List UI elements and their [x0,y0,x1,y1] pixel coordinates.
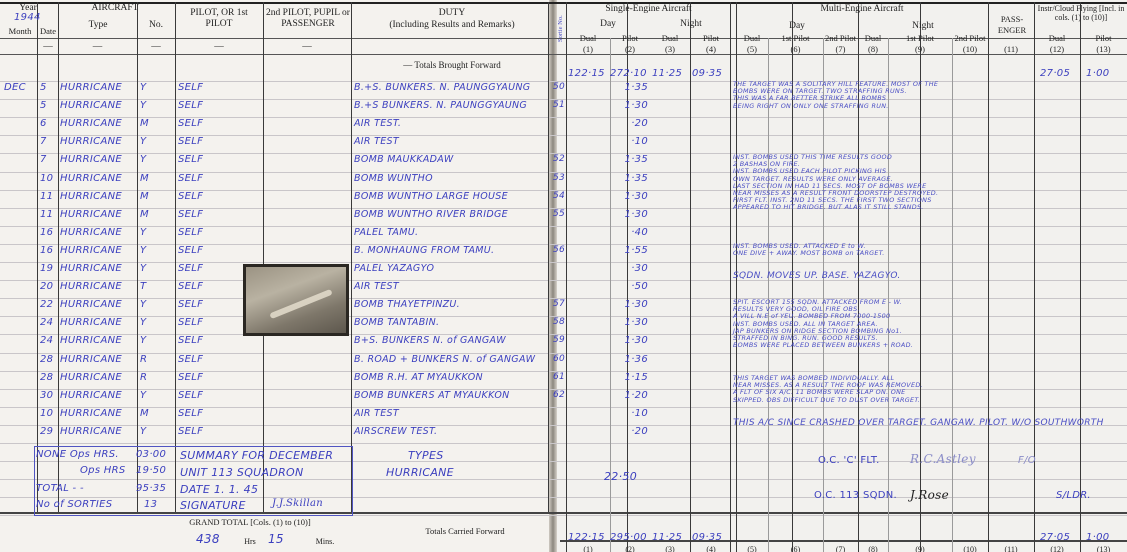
entry-date: 10 [40,173,53,184]
month-label: Month [2,26,38,37]
entry-aircraft-type: HURRICANE [60,426,122,437]
passenger-label: PASS-ENGER [990,14,1034,36]
entry-date: 28 [40,354,53,365]
entry-day-pilot-time: 1·55 [614,245,648,256]
entry-aircraft-no: Y [140,227,146,238]
entry-day-pilot-time: 1·30 [614,317,648,328]
entry-aircraft-no: R [140,372,147,383]
entry-date: 24 [40,335,53,346]
rule-line [0,262,1127,263]
entry-pilot: SELF [178,118,203,129]
entry-pilot: SELF [178,209,203,220]
column-divider [768,38,769,552]
remark-block: THIS A/C SINCE CRASHED OVER TARGET. GANG… [733,417,1104,429]
entry-day-pilot-time: 1·30 [614,209,648,220]
entry-aircraft-no: Y [140,335,146,346]
entry-pilot: SELF [178,100,203,111]
column-divider [175,2,176,512]
entry-duty: B.+S. BUNKERS. N. PAUNGGYAUNG [354,82,530,93]
entry-day-pilot-time: ·20 [614,118,648,129]
summary-date: DATE 1. 1. 45 [180,483,258,496]
summary-sorties-label: No of SORTIES [36,499,112,510]
column-divider [823,38,824,552]
carried-forward-c3: 11·25 [652,532,682,543]
column-number-footer: (13) [1080,544,1127,552]
brought-forward-c4: 09·35 [692,68,722,79]
entry-duty: BOMB R.H. AT MYAUKKON [354,372,483,383]
entry-duty: PALEL TAMU. [354,227,418,238]
month-day-pilot-total: 22·50 [604,470,637,483]
entry-day-pilot-time: ·40 [614,227,648,238]
column-number: (1) [566,44,610,55]
instr-cloud-label: Instr/Cloud Flying [Incl. in cols. (1) t… [1036,4,1126,22]
summary-signature: J.J.Skillan [272,498,323,509]
entry-pilot: SELF [178,317,203,328]
entry-aircraft-type: HURRICANE [60,408,122,419]
entry-day-pilot-time: 1·30 [614,335,648,346]
entry-aircraft-no: Y [140,263,146,274]
entry-date: 7 [40,136,47,147]
entry-aircraft-no: Y [140,82,146,93]
column-number: (6) [768,44,823,55]
entry-date: 6 [40,118,47,129]
carried-forward-c1: 122·15 [568,532,605,543]
entry-day-pilot-time: 1·15 [614,372,648,383]
oc-flight-signature: R.C.Astley [910,452,976,466]
entry-aircraft-no: M [140,118,149,129]
entry-date: 20 [40,281,53,292]
entry-aircraft-type: HURRICANE [60,372,122,383]
column-sublabel: Dual [1034,33,1080,44]
column-divider [548,2,549,512]
entry-aircraft-type: HURRICANE [60,100,122,111]
entry-aircraft-type: HURRICANE [60,154,122,165]
dash-placeholder: — [137,42,175,53]
entry-sortie-no: 55 [553,209,565,219]
types-label: TYPES [408,449,444,462]
column-divider [690,2,691,552]
entry-date: 11 [40,209,53,220]
carried-forward-c4: 09·35 [692,532,722,543]
entry-date: 29 [40,426,53,437]
entry-aircraft-type: HURRICANE [60,299,122,310]
carried-forward-c13: 1·00 [1086,532,1109,543]
entry-aircraft-no: Y [140,245,146,256]
aircraft-label: AIRCRAFT [60,3,170,14]
entry-aircraft-no: M [140,191,149,202]
entry-date: 24 [40,317,53,328]
brought-forward-c13: 1·00 [1086,68,1109,79]
column-divider [1080,2,1081,552]
column-number-footer: (8) [858,544,888,552]
entry-aircraft-type: HURRICANE [60,390,122,401]
remark-line: SQDN. MOVES UP. BASE. YAZAGYO. [733,270,901,282]
remark-block: SQDN. MOVES UP. BASE. YAZAGYO. [733,270,901,282]
column-number-footer: (4) [690,544,732,552]
entry-day-pilot-time: 1·35 [614,82,648,93]
entry-sortie-no: 57 [553,299,565,309]
entry-date: 5 [40,82,47,93]
se-day-label: Day [566,19,650,30]
column-sublabel: Pilot [690,33,732,44]
column-number-footer: (10) [952,544,988,552]
entry-pilot: SELF [178,281,203,292]
oc-sqdn-signature: J.Rose [910,488,949,502]
column-number: (12) [1034,44,1080,55]
summary-line2-label: Ops HRS [80,465,126,476]
entry-duty: BOMB WUNTHO [354,173,433,184]
totals-brought-forward-label: — Totals Brought Forward [352,60,552,71]
column-sublabel: Dual [736,33,768,44]
summary-total-label: TOTAL - - [36,483,84,494]
entry-pilot: SELF [178,191,203,202]
column-number-footer: (6) [768,544,823,552]
column-sublabel: Pilot [1080,33,1127,44]
column-divider [263,2,264,512]
entry-date: 7 [40,154,47,165]
remark-line: THIS A/C SINCE CRASHED OVER TARGET. GANG… [733,417,1104,429]
entry-aircraft-type: HURRICANE [60,118,122,129]
column-number: (13) [1080,44,1127,55]
entry-aircraft-type: HURRICANE [60,281,122,292]
entry-aircraft-type: HURRICANE [60,227,122,238]
column-number: (5) [736,44,768,55]
entry-date: 16 [40,245,53,256]
summary-line2-value: 19·50 [136,465,166,476]
entry-aircraft-type: HURRICANE [60,209,122,220]
entry-aircraft-no: M [140,173,149,184]
rule-line [0,443,1127,444]
entry-duty: B+S. BUNKERS N. of GANGAW [354,335,506,346]
entry-month: DEC [4,82,26,93]
entry-sortie-no: 53 [553,173,565,183]
entry-sortie-no: 59 [553,335,565,345]
column-sublabel: Dual [650,33,690,44]
entry-duty: BOMB TANTABIN. [354,317,439,328]
summary-title: SUMMARY FOR DECEMBER [180,449,333,462]
rule-line [0,280,1127,281]
column-number-footer: (11) [988,544,1034,552]
multi-engine-label: Multi-Engine Aircraft [736,4,988,15]
second-pilot-label: 2nd PILOT, PUPIL or PASSENGER [264,8,352,30]
entry-pilot: SELF [178,82,203,93]
entry-day-pilot-time: ·10 [614,136,648,147]
summary-line1-value: 03·00 [136,449,166,460]
column-sublabel: 2nd Pilot [823,33,858,44]
remark-line: BEING RIGHT ON ONLY ONE STRAFFING RUN. [733,103,938,110]
entry-day-pilot-time: ·50 [614,281,648,292]
column-sublabel: 1st Pilot [768,33,823,44]
entry-aircraft-type: HURRICANE [60,82,122,93]
entry-day-pilot-time: 1·30 [614,299,648,310]
entry-pilot: SELF [178,263,203,274]
entry-aircraft-type: HURRICANE [60,335,122,346]
entry-sortie-no: 50 [553,82,565,92]
entry-aircraft-type: HURRICANE [60,136,122,147]
carried-forward-c2: 295·00 [610,532,647,543]
column-number: (10) [952,44,988,55]
entry-pilot: SELF [178,154,203,165]
entry-aircraft-no: Y [140,100,146,111]
entry-aircraft-no: M [140,408,149,419]
entry-date: 10 [40,408,53,419]
entry-aircraft-type: HURRICANE [60,263,122,274]
entry-sortie-no: 62 [553,390,565,400]
entry-date: 16 [40,227,53,238]
entry-day-pilot-time: 1·35 [614,154,648,165]
me-night-label: Night [858,21,988,32]
entry-day-pilot-time: 1·36 [614,354,648,365]
dash-placeholder: — [58,42,137,53]
oc-flight-rank: F/O [1018,455,1036,466]
brought-forward-c3: 11·25 [652,68,682,79]
date-label: Date [38,26,58,37]
column-divider [566,2,567,552]
remark-block: THIS TARGET WAS BOMBED INDIVIDUALLY. ALL… [733,375,923,404]
carried-forward-c12: 27·05 [1040,532,1070,543]
entry-pilot: SELF [178,245,203,256]
aerial-photograph [243,264,349,336]
column-number: (3) [650,44,690,55]
summary-sorties-value: 13 [144,499,157,510]
entry-date: 11 [40,191,53,202]
rule-line [0,117,1127,118]
type-label: Type [58,20,138,31]
column-number-footer: (7) [823,544,858,552]
grand-total-label: GRAND TOTAL [Cols. (1) to (10)] [150,517,350,528]
entry-day-pilot-time: 1·20 [614,390,648,401]
entry-aircraft-no: T [140,281,146,292]
types-value: HURRICANE [386,466,454,479]
remark-block: INST. BOMBS USED THIS TIME RESULTS GOOD2… [733,154,938,212]
oc-sqdn-rank: S/LDR. [1056,490,1091,501]
entry-sortie-no: 56 [553,245,565,255]
entry-aircraft-no: Y [140,154,146,165]
column-number-footer: (3) [650,544,690,552]
remark-block: SPIT. ESCORT 155 SQDN. ATTACKED FROM E -… [733,299,913,349]
totals-carried-forward-label: Totals Carried Forward [385,526,545,537]
brought-forward-c2: 272·10 [610,68,647,79]
entry-duty: BOMB WUNTHO RIVER BRIDGE [354,209,508,220]
entry-duty: AIR TEST. [354,118,401,129]
entry-sortie-no: 61 [553,372,565,382]
column-sublabel: 2nd Pilot [952,33,988,44]
entry-day-pilot-time: 1·30 [614,191,648,202]
entry-pilot: SELF [178,408,203,419]
me-day-label: Day [736,21,858,32]
entry-sortie-no: 52 [553,154,565,164]
entry-aircraft-type: HURRICANE [60,317,122,328]
column-number-footer: (5) [736,544,768,552]
column-divider [888,38,889,552]
brought-forward-c12: 27·05 [1040,68,1070,79]
rule-line [0,226,1127,227]
summary-line1-label: NONE Ops HRS. [36,449,119,460]
duty-sublabel: (Including Results and Remarks) [352,20,552,31]
dash-placeholder: — [38,42,58,53]
entry-day-pilot-time: 1·35 [614,173,648,184]
column-number-footer: (12) [1034,544,1080,552]
column-number-footer: (1) [566,544,610,552]
remark-line: BOMBS WERE PLACED BETWEEN BUNKERS + ROAD… [733,342,913,349]
entry-aircraft-no: Y [140,317,146,328]
entry-aircraft-type: HURRICANE [60,245,122,256]
remark-line: SKIPPED. OBS DIFFICULT DUE TO DUST OVER … [733,397,923,404]
entry-pilot: SELF [178,173,203,184]
entry-duty: B.+S BUNKERS. N. PAUNGGYAUNG [354,100,527,111]
column-number: (8) [858,44,888,55]
entry-day-pilot-time: 1·30 [614,100,648,111]
entry-aircraft-type: HURRICANE [60,191,122,202]
entry-aircraft-no: Y [140,390,146,401]
column-divider [58,2,59,512]
entry-day-pilot-time: ·30 [614,263,648,274]
entry-aircraft-type: HURRICANE [60,354,122,365]
entry-day-pilot-time: ·20 [614,426,648,437]
entry-aircraft-no: Y [140,136,146,147]
entry-date: 30 [40,390,53,401]
entry-aircraft-type: HURRICANE [60,173,122,184]
sortie-no-label: Sortie No. [555,4,565,54]
no-label: No. [138,20,174,31]
entry-sortie-no: 60 [553,354,565,364]
brought-forward-c1: 122·15 [568,68,605,79]
rule-line [0,407,1127,408]
entry-sortie-no: 54 [553,191,565,201]
entry-duty: B. MONHAUNG FROM TAMU. [354,245,494,256]
column-sublabel: Dual [858,33,888,44]
entry-aircraft-no: Y [140,299,146,310]
column-number: (2) [610,44,650,55]
entry-date: 28 [40,372,53,383]
mins-label: Mins. [310,536,340,547]
remark-block: INST. BOMBS USED. ATTACKED E to W.ONE DI… [733,243,885,257]
entry-duty: B. ROAD + BUNKERS N. of GANGAW [354,354,535,365]
summary-total-value: 95·35 [136,483,166,494]
summary-signature-label: SIGNATURE [180,499,246,512]
entry-aircraft-no: M [140,209,149,220]
entry-duty: BOMB THAYETPINZU. [354,299,460,310]
single-engine-label: Single-Engine Aircraft [566,4,731,15]
column-number: (7) [823,44,858,55]
entry-duty: BOMB MAUKKADAW [354,154,454,165]
column-number: (9) [888,44,952,55]
column-divider [952,38,953,552]
dash-placeholder: — [175,42,263,53]
entry-pilot: SELF [178,299,203,310]
entry-duty: AIR TEST [354,408,399,419]
column-divider [351,2,352,512]
entry-pilot: SELF [178,335,203,346]
entry-duty: AIR TEST [354,136,399,147]
rule-line [0,135,1127,136]
remark-line: APPEARED TO HIT BRIDGE. BUT ALAS IT STIL… [733,204,938,211]
entry-aircraft-no: R [140,354,147,365]
year-value: 1944 [14,12,41,23]
column-number-footer: (9) [888,544,952,552]
entry-duty: BOMB BUNKERS AT MYAUKKON [354,390,510,401]
remark-block: THE TARGET WAS A SOLITARY HILL FEATURE. … [733,81,938,110]
entry-day-pilot-time: ·10 [614,408,648,419]
entry-pilot: SELF [178,372,203,383]
entry-date: 22 [40,299,53,310]
entry-sortie-no: 58 [553,317,565,327]
entry-pilot: SELF [178,136,203,147]
entry-pilot: SELF [178,426,203,437]
remark-line: ONE DIVE + AWAY. MOST BOMB on TARGET. [733,250,885,257]
column-sublabel: 1st Pilot [888,33,952,44]
entry-date: 19 [40,263,53,274]
entry-duty: AIR TEST [354,281,399,292]
column-number-footer: (2) [610,544,650,552]
oc-sqdn-label: O.C. 113 SQDN. [814,490,897,501]
column-number: (4) [690,44,732,55]
oc-flight-label: O.C. 'C' FLT. [818,455,880,466]
summary-unit: UNIT 113 SQUADRON [180,466,304,479]
column-divider [730,2,731,552]
hrs-label: Hrs [240,536,260,547]
column-divider [37,2,38,512]
se-night-label: Night [650,19,732,30]
column-divider [137,2,138,512]
column-divider [1034,2,1035,552]
entry-pilot: SELF [178,390,203,401]
entry-duty: PALEL YAZAGYO [354,263,434,274]
entry-sortie-no: 51 [553,100,565,110]
column-sublabel: Pilot [610,33,650,44]
entry-duty: BOMB WUNTHO LARGE HOUSE [354,191,508,202]
grand-total-minutes: 15 [268,532,284,546]
dash-placeholder: — [263,42,351,53]
entry-aircraft-no: Y [140,426,146,437]
column-divider [988,2,989,552]
entry-duty: AIRSCREW TEST. [354,426,437,437]
duty-label: DUTY [352,8,552,19]
column-sublabel: Dual [566,33,610,44]
entry-pilot: SELF [178,227,203,238]
entry-pilot: SELF [178,354,203,365]
pilot-label: PILOT, OR 1st PILOT [176,8,262,30]
entry-date: 5 [40,100,47,111]
column-number: (11) [988,44,1034,55]
grand-total-hours: 438 [196,532,220,546]
